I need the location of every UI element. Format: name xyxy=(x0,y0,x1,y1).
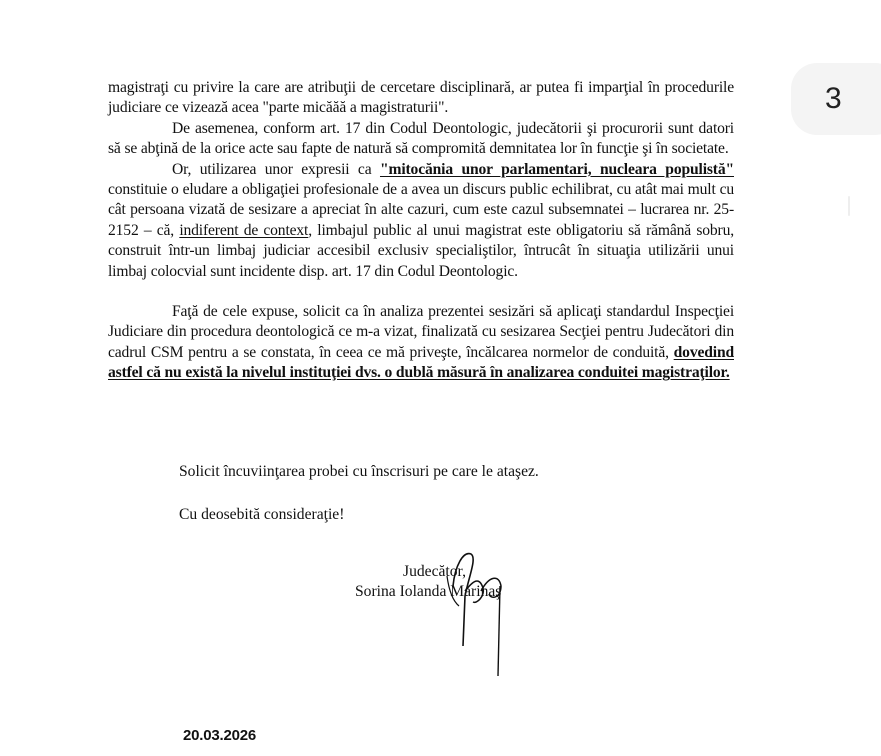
closing-salutation-text: Cu deosebită consideraţie! xyxy=(179,506,344,523)
signature-name: Sorina Iolanda Marinaş xyxy=(355,582,555,602)
evidence-request-text: Solicit încuviinţarea probei cu înscrisu… xyxy=(179,463,539,480)
paragraph-1: magistraţi cu privire la care are atribu… xyxy=(108,78,734,119)
document-date: 20.03.2026 xyxy=(183,727,256,744)
document-page: magistraţi cu privire la care are atribu… xyxy=(108,78,734,384)
paragraph-4-lead: Faţă de cele expuse, solicit ca în anali… xyxy=(108,303,734,361)
signature-title: Judecător, xyxy=(355,562,555,582)
quoted-expression: "mitocănia unor parlamentari, nucleara p… xyxy=(380,161,734,178)
underlined-phrase: indiferent de context xyxy=(179,222,308,239)
paragraph-3-lead: Or, utilizarea unor expresii ca xyxy=(172,161,380,178)
page-number: 3 xyxy=(825,82,842,116)
page-number-badge: 3 xyxy=(791,63,881,135)
evidence-request: Solicit încuviinţarea probei cu înscrisu… xyxy=(108,462,539,482)
paragraph-1-text: magistraţi cu privire la care are atribu… xyxy=(108,79,734,116)
paragraph-2: De asemenea, conform art. 17 din Codul D… xyxy=(108,119,734,160)
scrollbar-indicator[interactable] xyxy=(848,196,850,216)
paragraph-4: Faţă de cele expuse, solicit ca în anali… xyxy=(108,302,734,384)
paragraph-2-text: De asemenea, conform art. 17 din Codul D… xyxy=(108,120,734,157)
signature-block: Judecător, Sorina Iolanda Marinaş xyxy=(355,562,555,603)
closing-salutation: Cu deosebită consideraţie! xyxy=(108,505,344,525)
paragraph-3: Or, utilizarea unor expresii ca "mitocăn… xyxy=(108,160,734,282)
